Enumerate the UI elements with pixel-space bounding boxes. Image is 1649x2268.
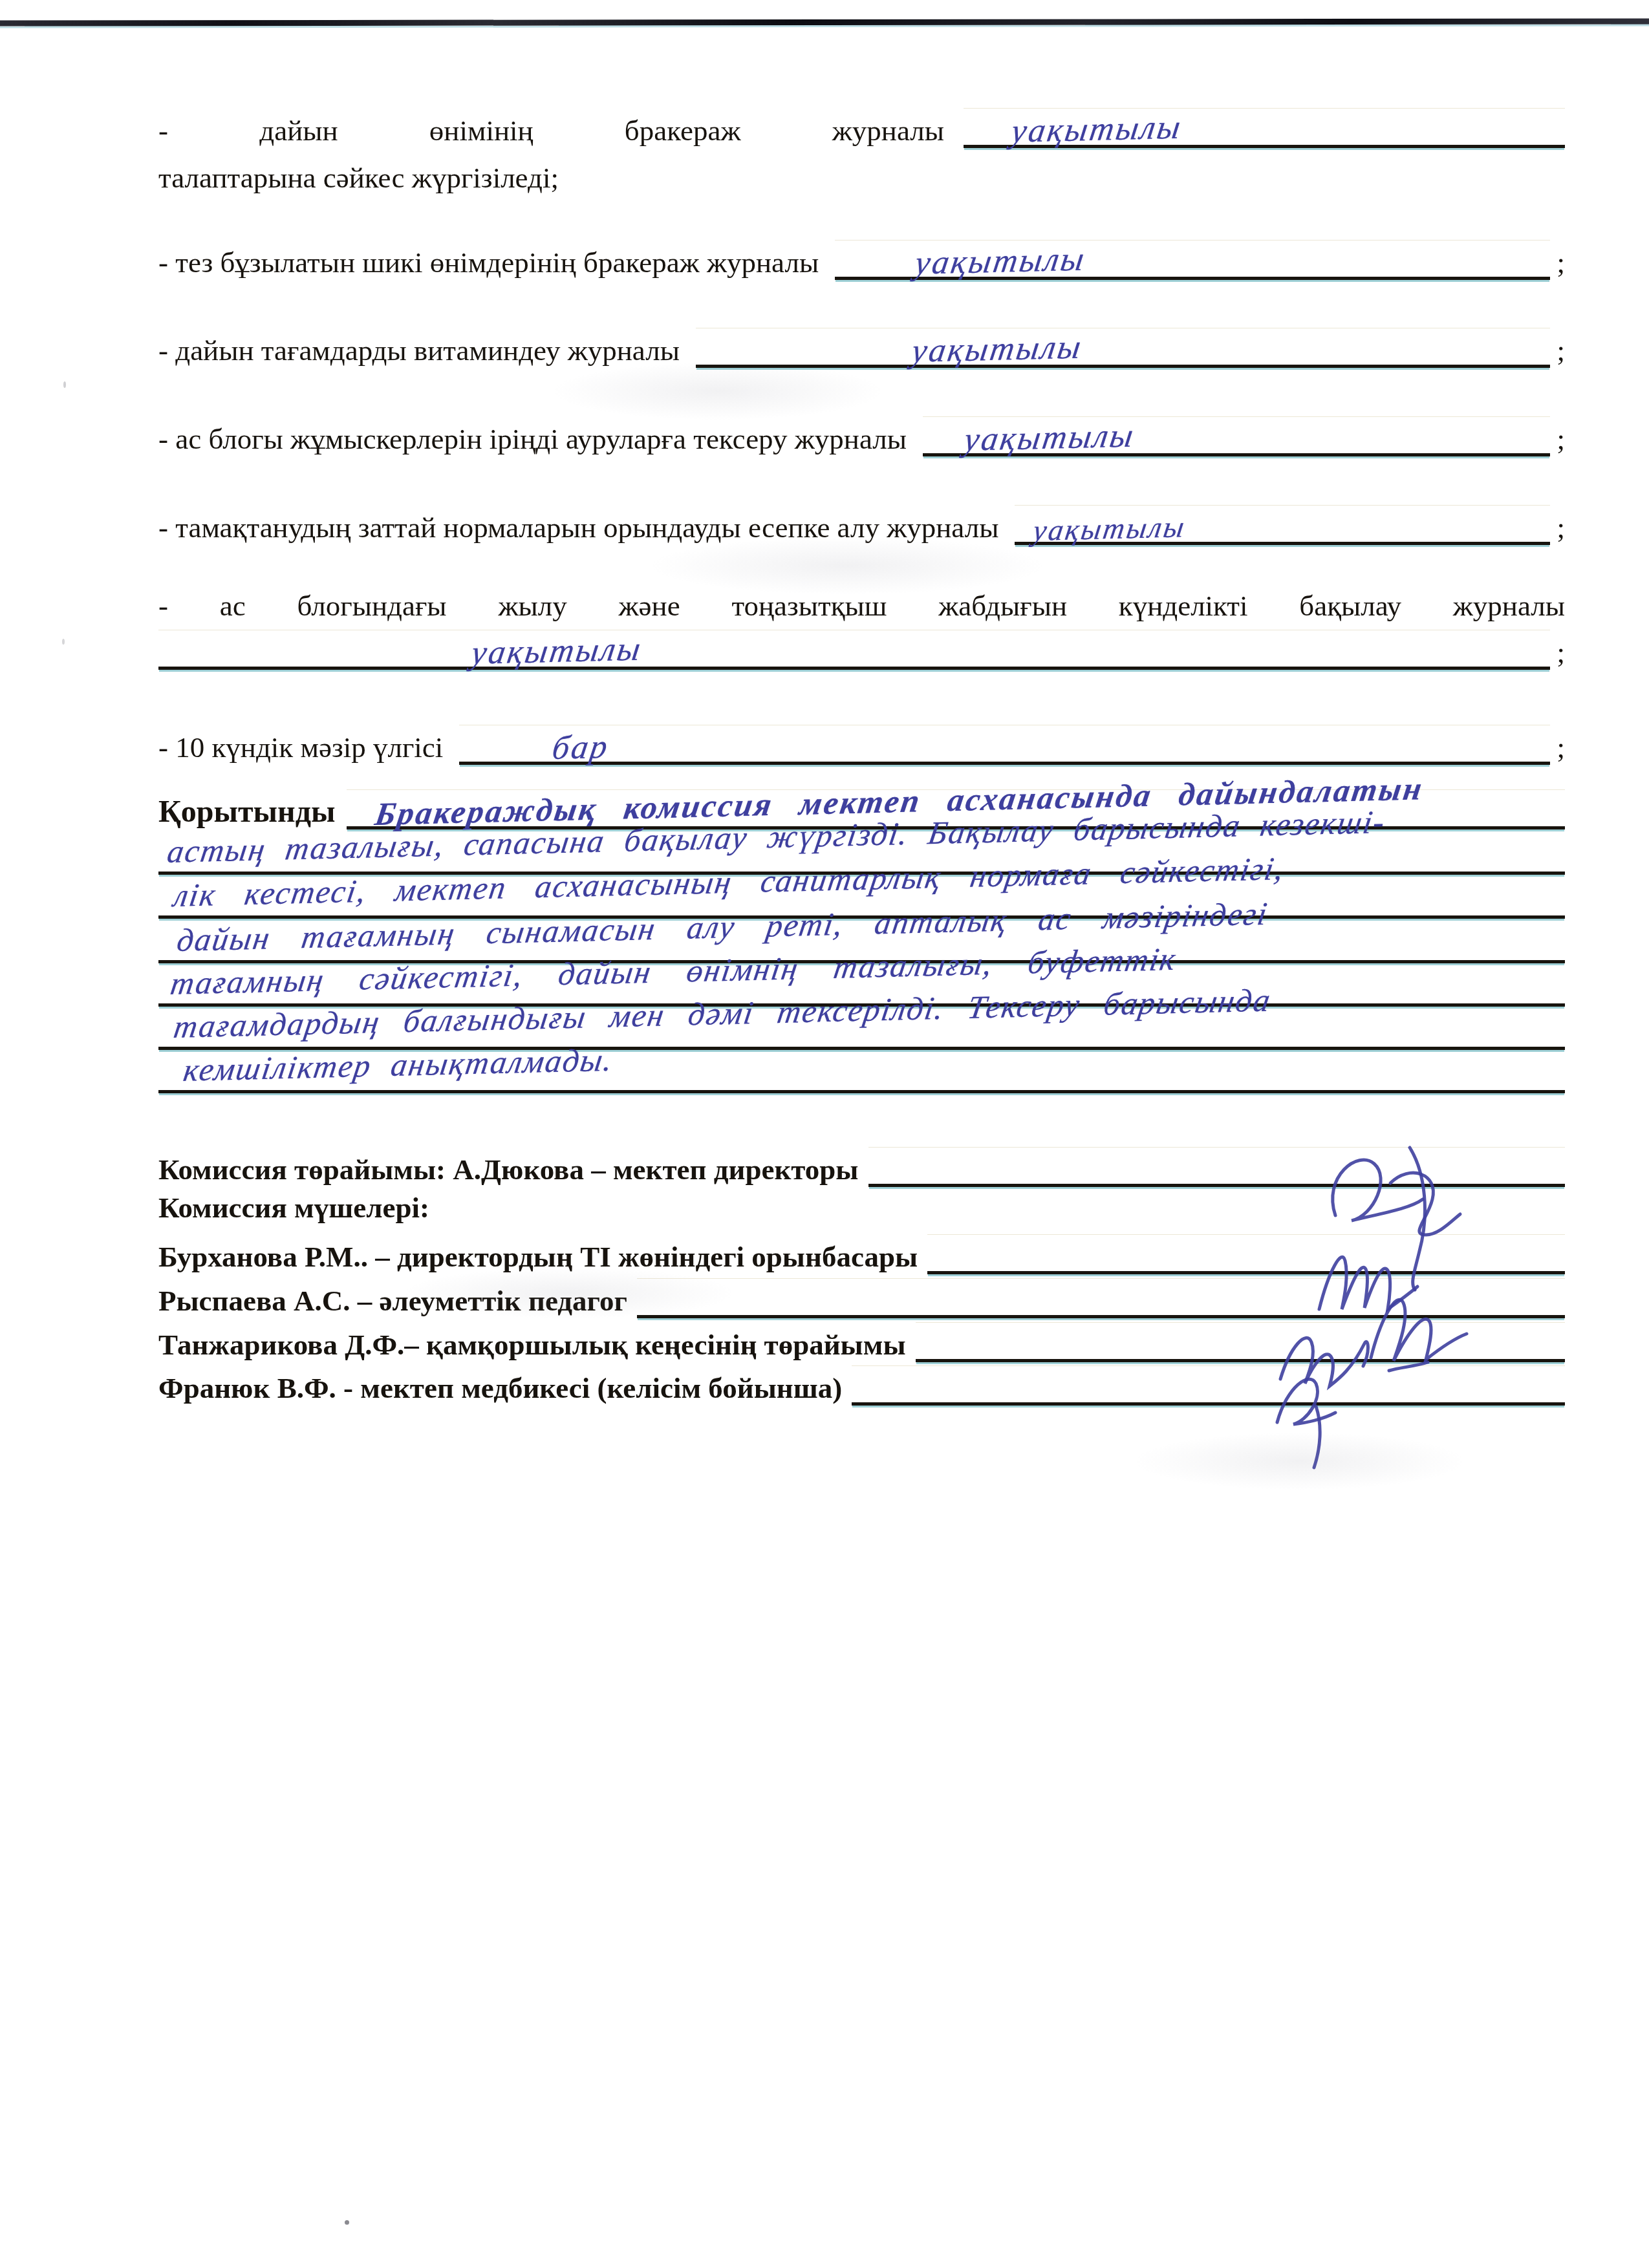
checklist-row: - дайын тағамдарды витаминдеу журналы уа… [158,328,1565,368]
scan-speck [345,2220,349,2225]
signature-line [916,1323,1565,1362]
bleed-through-smudge [401,1267,737,1319]
row-suffix: ; [1557,334,1565,368]
scanner-edge-artifact [0,18,1649,26]
blank-line: уақытылы [923,417,1550,456]
row-suffix: ; [1557,246,1565,280]
signature-line [637,1279,1565,1318]
blank-line: уақытылы [696,328,1551,368]
signature-label: Танжарикова Д.Ф.– қамқоршылық кеңесінің … [158,1329,906,1362]
handwritten-entry: уақытылы [469,630,645,673]
row-suffix: ; [1557,423,1565,456]
handwritten-entry: уақытылы [1031,510,1189,548]
blank-line: уақытылы [964,109,1565,148]
scanned-document-page: - дайын өнімінің бракераж журналы уақыты… [0,0,1649,2268]
bleed-through-smudge [550,362,886,420]
handwritten-entry: уақытылы [912,241,1088,283]
signature-label: Комиссия төрайымы: А.Дюкова – мектеп дир… [158,1153,859,1187]
row-suffix: ; [1557,636,1565,670]
signature-label: Франюк В.Ф. - мектеп медбикесі (келісім … [158,1372,842,1406]
row-text: талаптарына сәйкес жүргізіледі; [158,162,559,195]
bleed-through-smudge [1132,1432,1468,1490]
handwritten-entry: уақытылы [1009,109,1185,151]
checklist-row: - тез бұзылатын шикі өнімдерінің бракера… [158,241,1565,280]
handwritten-entry: бар [550,728,612,768]
row-text: - дайын тағамдарды витаминдеу журналы [158,334,680,368]
checklist-row: - дайын өнімінің бракераж журналы уақыты… [158,109,1565,148]
blank-line: уақытылы [1015,506,1550,545]
row-suffix: ; [1557,731,1565,765]
row-text: - дайын өнімінің бракераж журналы [158,114,944,148]
members-label: Комиссия мүшелері: [158,1192,429,1225]
bleed-through-smudge [647,537,1048,595]
checklist-row: - 10 күндік мәзір үлгісі бар ; [158,725,1565,765]
row-suffix: ; [1557,511,1565,545]
row-text: - тез бұзылатын шикі өнімдерінің бракера… [158,246,819,280]
handwritten-entry: уақытылы [909,328,1085,371]
row-text: - 10 күндік мәзір үлгісі [158,731,443,765]
signature-row-member: Рыспаева А.С. – әлеуметтік педагог [158,1279,1565,1318]
signature-row-chair: Комиссия төрайымы: А.Дюкова – мектеп дир… [158,1148,1565,1187]
signature-line [868,1148,1565,1187]
members-header-row: Комиссия мүшелері: [158,1192,1565,1225]
blank-line: уақытылы [158,630,1550,670]
scan-speck [62,639,65,645]
checklist-row-continuation: талаптарына сәйкес жүргізіледі; [158,162,1565,195]
conclusion-label: Қорытынды [158,794,335,829]
signature-row-member: Бурханова Р.М.. – директордың ТІ жөнінде… [158,1235,1565,1274]
blank-line: бар [459,725,1550,765]
signature-row-member: Танжарикова Д.Ф.– қамқоршылық кеңесінің … [158,1323,1565,1362]
row-text: - ас блогы жұмыскерлерін іріңді ауруларғ… [158,423,907,456]
checklist-row: - ас блогы жұмыскерлерін іріңді ауруларғ… [158,417,1565,456]
handwritten-entry: уақытылы [962,417,1137,460]
signature-row-member: Франюк В.Ф. - мектеп медбикесі (келісім … [158,1366,1565,1406]
signature-line [852,1366,1565,1406]
scan-speck [63,381,66,388]
ruled-line: кемшіліктер анықталмады. [158,1087,1565,1093]
blank-line: уақытылы [835,241,1550,280]
checklist-row-blank: уақытылы ; [158,630,1565,670]
signature-line [927,1235,1565,1274]
